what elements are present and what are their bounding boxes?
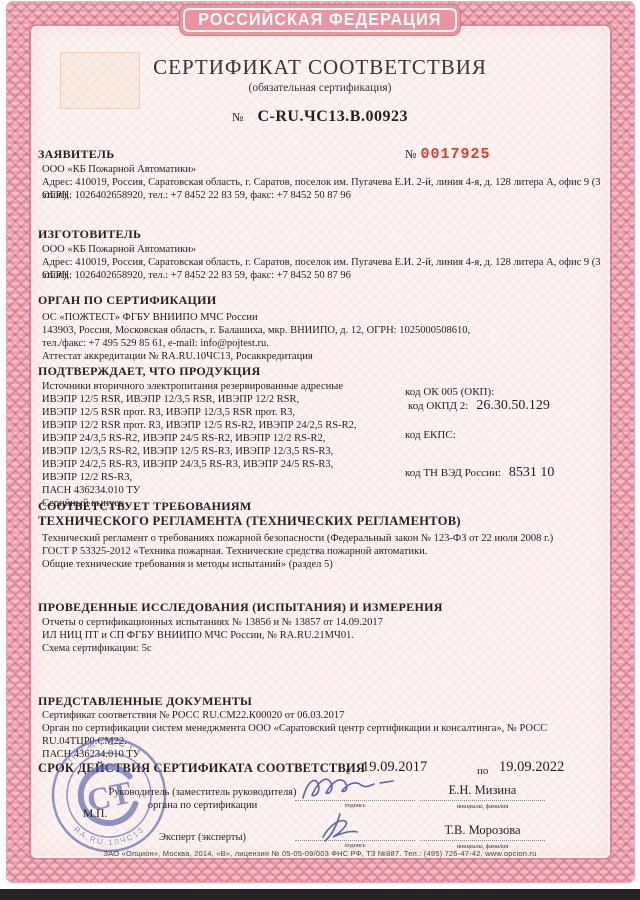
compliance-details: Технический регламент о требованиях пожа…	[42, 532, 604, 571]
scan-edge-band	[0, 889, 640, 900]
signature-head-ink	[295, 770, 415, 804]
manufacturer-name: ООО «КБ Пожарной Автоматики»	[42, 243, 196, 256]
number-sign: №	[405, 147, 416, 161]
certificate-number: C-RU.ЧС13.B.00923	[257, 108, 407, 125]
product-line: ИВЭПР 24/2,5 RS-R3, ИВЭПР 24/3,5 RS-R3, …	[42, 458, 377, 471]
applicant-name: ООО «КБ Пожарной Автоматики»	[42, 163, 196, 176]
documents-line: Сертификат соответствия № РОСС RU.СМ22.К…	[42, 709, 604, 722]
compliance-line: Общие технические требования и методы ис…	[42, 558, 604, 571]
certificate-title: СЕРТИФИКАТ СООТВЕТСТВИЯ	[0, 55, 640, 80]
cert-org-heading: ОРГАН ПО СЕРТИФИКАЦИИ	[38, 293, 216, 308]
code-okpd-label: код ОКПД 2:	[408, 400, 468, 412]
code-tnved-label: код ТН ВЭД России:	[405, 467, 501, 479]
country-badge-label: РОССИЙСКАЯ ФЕДЕРАЦИЯ	[198, 10, 441, 31]
number-sign: №	[232, 110, 243, 124]
product-line: Источники вторичного электропитания резе…	[42, 380, 377, 393]
country-badge: РОССИЙСКАЯ ФЕДЕРАЦИЯ	[180, 5, 460, 35]
manufacturer-contacts: ОГРН: 1026402658920, тел.: +7 8452 22 83…	[42, 269, 604, 282]
signature-expert	[295, 812, 415, 841]
validity-to-label: по	[477, 765, 488, 777]
printer-imprint: ЗАО «Опцион», Москва, 2014, «В», лицензи…	[0, 849, 640, 858]
code-okpd: код ОКПД 2:26.30.50.129	[408, 399, 550, 413]
code-okpd-value: 26.30.50.129	[476, 398, 550, 413]
product-heading: ПОДТВЕРЖДАЕТ, ЧТО ПРОДУКЦИЯ	[38, 364, 261, 379]
cert-org-line: тел./факс: +7 495 529 85 61, e-mail: inf…	[42, 337, 604, 350]
cert-org-details: ОС «ПОЖТЕСТ» ФГБУ ВНИИПО МЧС России 1439…	[42, 311, 604, 363]
product-line: ИВЭПР 12/2 RSR прот. R3, ИВЭПР 12/5 RS-R…	[42, 419, 377, 432]
product-list: Источники вторичного электропитания резе…	[42, 380, 377, 510]
product-line: ИВЭПР 24/3,5 RS-R2, ИВЭПР 24/5 RS-R2, ИВ…	[42, 432, 377, 445]
signer-name-expert: Т.В. Морозова	[420, 823, 545, 841]
signature-expert-ink	[295, 810, 415, 844]
cert-org-line: Аттестат аккредитации № RA.RU.10ЧС13, Ро…	[42, 350, 604, 363]
tests-line: ИЛ НИЦ ПТ и СП ФГБУ ВНИИПО МЧС России, №…	[42, 629, 604, 642]
product-line: ПАСН 436234.010 ТУ	[42, 484, 377, 497]
signer-name-caption: инициалы, фамилия	[420, 804, 545, 810]
cert-org-line: ОС «ПОЖТЕСТ» ФГБУ ВНИИПО МЧС России	[42, 311, 604, 324]
manufacturer-heading: ИЗГОТОВИТЕЛЬ	[38, 227, 141, 242]
code-okp-label: код ОК 005 (ОКП):	[405, 386, 494, 398]
compliance-line: ГОСТ Р 53325-2012 «Техника пожарная. Тех…	[42, 545, 604, 558]
tests-line: Схема сертификации: 5с	[42, 642, 604, 655]
tests-details: Отчеты о сертификационных испытаниях № 1…	[42, 616, 604, 655]
code-tnved: код ТН ВЭД России:8531 10	[405, 466, 554, 480]
tests-heading: ПРОВЕДЕННЫЕ ИССЛЕДОВАНИЯ (ИСПЫТАНИЯ) И И…	[38, 600, 443, 615]
code-tnved-value: 8531 10	[509, 465, 555, 480]
product-line: ИВЭПР 12/2 RS-R3,	[42, 471, 377, 484]
signer-role-head: Руководитель (заместитель руководителя) …	[95, 786, 310, 812]
code-ekps-label: код ЕКПС:	[405, 429, 456, 441]
blank-serial-number: 0017925	[420, 146, 490, 163]
tests-line: Отчеты о сертификационных испытаниях № 1…	[42, 616, 604, 629]
code-ekps: код ЕКПС:	[405, 429, 456, 442]
certificate-scan: РОССИЙСКАЯ ФЕДЕРАЦИЯ СЕРТИФИКАТ СООТВЕТС…	[0, 0, 640, 900]
product-line: ИВЭПР 12/5 RSR прот. R3, ИВЭПР 12/3,5 RS…	[42, 406, 377, 419]
signer-name-head: Е.Н. Мизина	[420, 783, 545, 801]
product-line: ИВЭПР 12/5 RSR, ИВЭПР 12/3,5 RSR, ИВЭПР …	[42, 393, 377, 406]
signer-role-line: органа по сертификации	[95, 799, 310, 812]
blank-serial: №0017925	[405, 145, 490, 163]
certificate-subtitle: (обязательная сертификация)	[0, 82, 640, 94]
signer-role-line: Эксперт (эксперты)	[95, 831, 310, 844]
certificate-number-row: №C-RU.ЧС13.B.00923	[0, 108, 640, 126]
applicant-contacts: ОГРН: 1026402658920, тел.: +7 8452 22 83…	[42, 189, 604, 202]
product-line: ИВЭПР 12/3,5 RS-R2, ИВЭПР 12/5 RS-R3, ИВ…	[42, 445, 377, 458]
applicant-heading: ЗАЯВИТЕЛЬ	[38, 147, 114, 162]
compliance-line: Технический регламент о требованиях пожа…	[42, 532, 604, 545]
documents-heading: ПРЕДСТАВЛЕННЫЕ ДОКУМЕНТЫ	[38, 694, 252, 709]
signature-caption: подпись	[295, 803, 415, 809]
compliance-heading: СООТВЕТСТВУЕТ ТРЕБОВАНИЯМ	[38, 499, 251, 514]
cert-org-line: 143903, Россия, Московская область, г. Б…	[42, 324, 604, 337]
compliance-subheading: ТЕХНИЧЕСКОГО РЕГЛАМЕНТА (ТЕХНИЧЕСКИХ РЕГ…	[38, 514, 461, 529]
signer-role-line: Руководитель (заместитель руководителя)	[95, 786, 310, 799]
signer-role-expert: Эксперт (эксперты)	[95, 831, 310, 844]
validity-to-date: 19.09.2022	[499, 759, 564, 776]
signature-head	[295, 772, 415, 801]
